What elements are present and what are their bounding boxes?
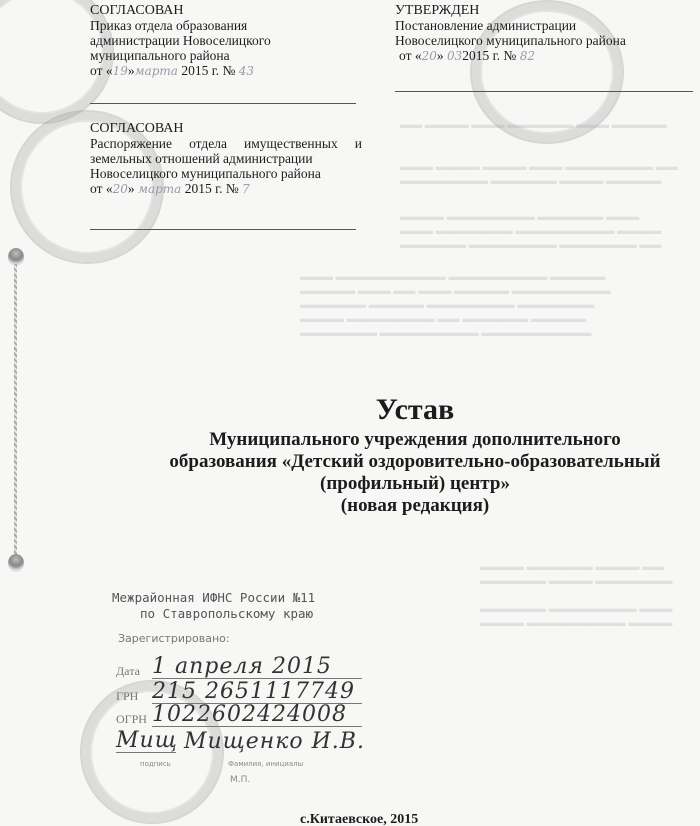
binder-thread xyxy=(14,264,17,564)
approval-line: Новоселицкого муниципального района xyxy=(395,33,695,48)
handwritten-month: 03 xyxy=(447,49,462,63)
reg-label: ГРН xyxy=(116,689,152,704)
document-title: Устав xyxy=(130,393,700,427)
registration-row-grn: ГРН 215 2651117749 xyxy=(116,681,362,704)
approval-line: Приказ отдела образования xyxy=(90,18,356,33)
tax-office-region: по Ставропольскому краю xyxy=(112,606,315,622)
handwritten-number: 7 xyxy=(242,182,250,196)
handwritten-reg-value: 215 2651117749 xyxy=(152,681,362,704)
handwritten-number: 43 xyxy=(239,64,254,78)
approval-line: Новоселицкого муниципального района xyxy=(90,166,362,181)
binder-ring-icon xyxy=(8,554,24,572)
reg-label: ОГРН xyxy=(116,712,152,727)
registered-label: Зарегистрировано: xyxy=(112,632,315,645)
bleed-through-text: ▬▬▬▬ ▬▬▬▬▬▬▬▬ ▬▬▬▬▬▬ ▬▬▬▬▬▬ ▬▬▬▬▬▬▬ ▬▬▬▬… xyxy=(400,210,700,252)
approval-date-line: от «19»марта 2015 г. № 43 xyxy=(90,63,356,79)
approval-line: муниципального района xyxy=(90,48,356,63)
signature-caption: подпись xyxy=(140,760,171,768)
title-line: (профильный) центр» xyxy=(130,473,700,495)
handwritten-signature: Мищ xyxy=(116,730,176,753)
handwritten-month: марта xyxy=(138,182,181,196)
bleed-through-text: ▬▬▬ ▬▬▬▬ ▬▬▬▬ ▬▬▬ ▬▬▬▬▬▬▬▬ ▬▬▬▬▬▬▬▬▬▬ ▬▬… xyxy=(400,160,700,188)
agreed-heading: СОГЛАСОВАН xyxy=(90,121,362,136)
registration-row-date: Дата 1 апреля 2015 xyxy=(116,656,362,679)
reg-label: Дата xyxy=(116,664,152,679)
approval-line: Распоряжение отдела имущественных и xyxy=(90,136,362,151)
tax-office-name: Межрайонная ИФНС России №11 xyxy=(112,590,315,606)
name-caption: Фамилия, инициалы xyxy=(228,760,303,768)
handwritten-reg-value: 1 апреля 2015 xyxy=(152,656,362,679)
approval-date-line: от «20» марта 2015 г. № 7 xyxy=(90,181,362,197)
handwritten-day: 19 xyxy=(113,64,128,78)
title-line: Муниципального учреждения дополнительног… xyxy=(130,429,700,451)
approval-line: Постановление администрации xyxy=(395,18,695,33)
tax-registration-stamp: Межрайонная ИФНС России №11 по Ставропол… xyxy=(112,590,315,645)
approval-date-line: от «20» 032015 г. № 82 xyxy=(395,48,695,64)
agreed-education-block: СОГЛАСОВАН Приказ отдела образования адм… xyxy=(90,3,356,79)
registration-signature-row: Мищ Мищенко И.В. xyxy=(116,730,424,753)
signature-rule xyxy=(90,103,356,104)
bleed-through-text: ▬▬▬▬ ▬▬▬▬▬▬ ▬▬▬▬ ▬▬▬▬▬▬▬▬ ▬▬▬▬ ▬▬▬▬▬▬▬▬▬… xyxy=(480,560,700,630)
signature-rule xyxy=(395,91,693,92)
handwritten-day: 20 xyxy=(422,49,437,63)
agreed-property-block: СОГЛАСОВАН Распоряжение отдела имуществе… xyxy=(90,121,362,197)
handwritten-reg-value: 1022602424008 xyxy=(152,704,362,727)
signature-rule xyxy=(90,229,356,230)
handwritten-month: марта xyxy=(135,64,178,78)
seal-caption: М.П. xyxy=(230,775,250,785)
approved-heading: УТВЕРЖДЕН xyxy=(395,3,695,18)
registration-row-ogrn: ОГРН 1022602424008 xyxy=(116,704,362,727)
approved-block: УТВЕРЖДЕН Постановление администрации Но… xyxy=(395,3,695,64)
bleed-through-text: ▬▬▬ ▬▬▬▬▬▬▬▬▬▬ ▬▬▬▬▬▬▬▬▬ ▬▬▬▬▬▬▬▬▬▬ ▬▬▬ … xyxy=(300,270,700,340)
approval-line: земельных отношений администрации xyxy=(90,151,362,166)
title-line: (новая редакция) xyxy=(130,495,700,517)
handwritten-name: Мищенко И.В. xyxy=(184,731,424,753)
agreed-heading: СОГЛАСОВАН xyxy=(90,3,356,18)
place-year: с.Китаевское, 2015 xyxy=(300,812,418,826)
handwritten-number: 82 xyxy=(520,49,535,63)
handwritten-day: 20 xyxy=(113,182,128,196)
title-line: образования «Детский оздоровительно-обра… xyxy=(130,451,700,473)
approval-line: администрации Новоселицкого xyxy=(90,33,356,48)
document-title-block: Устав Муниципального учреждения дополнит… xyxy=(130,393,700,517)
